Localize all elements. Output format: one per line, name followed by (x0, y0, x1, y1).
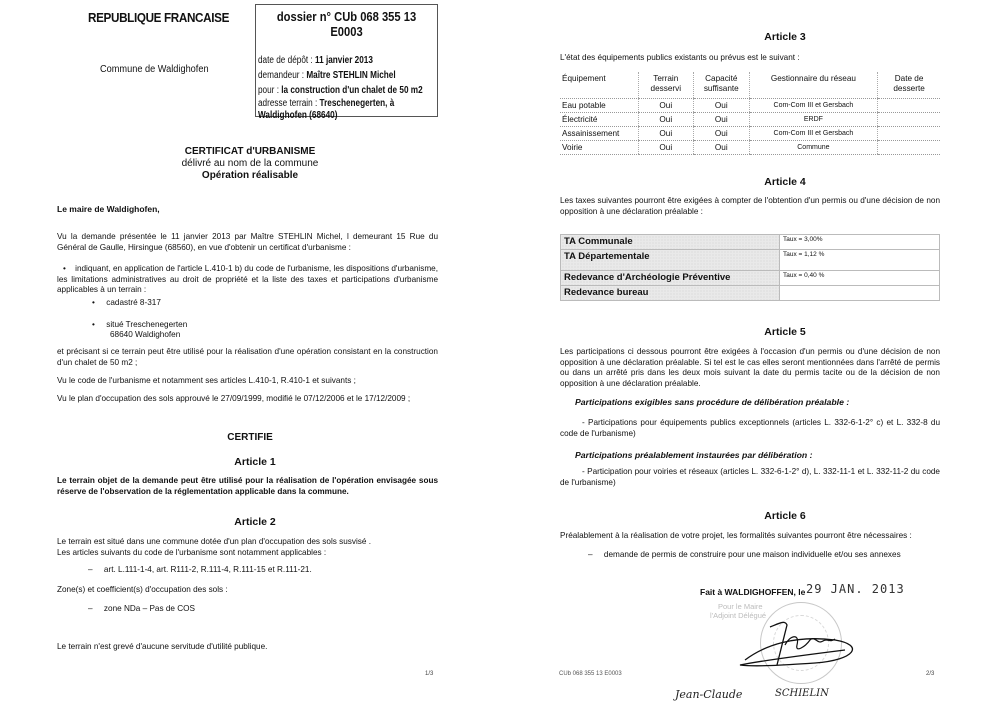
page-number: 1/3 (425, 671, 433, 677)
dossier-box: dossier n° CUb 068 355 13 E0003 date de … (255, 4, 438, 117)
article-2-text: Le terrain est situé dans une commune do… (57, 537, 438, 558)
commune-name: Commune de Waldighofen (100, 64, 209, 75)
fait-a-text: Fait à WALDIGHOFFEN, le (700, 587, 805, 597)
signature-icon (725, 605, 875, 675)
article-4-intro: Les taxes suivantes pourront être exigée… (560, 196, 940, 217)
table-row: Redevance bureau (561, 286, 940, 301)
participations-sans-deliberation-title: Participations exigibles sans procédure … (575, 397, 849, 407)
col-terrain-desservi: Terrain desservi (638, 72, 693, 99)
taxes-table: TA CommunaleTaux = 3,00%TA Départemental… (560, 234, 940, 301)
article-1-text: Le terrain objet de la demande peut être… (57, 476, 438, 497)
vu-code: Vu le code de l'urbanisme et notamment s… (57, 376, 356, 385)
table-row: Eau potableOuiOuiCom-Com III et Gersbach (560, 99, 940, 113)
equipement-cell: Voirie (560, 141, 638, 155)
bullet-icon: • (92, 320, 95, 329)
bullet-icon: • (57, 264, 66, 273)
certificate-title-block: CERTIFICAT d'URBANISME délivré au nom de… (150, 146, 350, 182)
capacite-cell: Oui (693, 99, 749, 113)
col-gestionnaire: Gestionnaire du réseau (749, 72, 878, 99)
capacite-cell: Oui (693, 113, 749, 127)
page-number: 2/3 (926, 671, 934, 677)
gestionnaire-cell: Commune (749, 141, 878, 155)
capacite-cell: Oui (693, 141, 749, 155)
col-equipement: Équipement (560, 72, 638, 99)
participations-deliberation-text: - Participation pour voiries et réseaux … (560, 467, 940, 488)
certificate-status: Opération réalisable (150, 170, 350, 182)
article-3-heading: Article 3 (685, 31, 885, 43)
date-desserte-cell (878, 113, 940, 127)
page-2: Article 3 L'état des équipements publics… (500, 0, 1000, 703)
capacite-cell: Oui (693, 127, 749, 141)
signer-last-name: SCHIELIN (775, 688, 829, 699)
tax-name: Redevance bureau (561, 286, 780, 301)
tax-name: TA Départementale (561, 250, 780, 271)
footer-reference: CUb 068 355 13 E0003 (559, 671, 622, 677)
vu-demande: Vu la demande présentée le 11 janvier 20… (57, 232, 438, 253)
precisant-paragraph: et précisant si ce terrain peut être uti… (57, 347, 438, 368)
article-2-heading: Article 2 (155, 516, 355, 528)
article-6-item: – demande de permis de construire pour u… (588, 550, 901, 559)
republique-header: REPUBLIQUE FRANCAISE (88, 10, 229, 25)
date-desserte-cell (878, 99, 940, 113)
article-6-heading: Article 6 (685, 510, 885, 522)
equipment-table: Équipement Terrain desservi Capacité suf… (560, 72, 940, 155)
article-1-heading: Article 1 (155, 456, 355, 468)
table-row: AssainissementOuiOuiCom-Com III et Gersb… (560, 127, 940, 141)
article-5-intro: Les participations ci dessous pourront ê… (560, 347, 940, 389)
table-row: ÉlectricitéOuiOuiERDF (560, 113, 940, 127)
dossier-field-pour: pour : la construction d'un chalet de 50… (258, 83, 438, 98)
table-row: Redevance d'Archéologie PréventiveTaux =… (561, 271, 940, 286)
article-3-intro: L'état des équipements publics existants… (560, 53, 800, 62)
terrain-desservi-cell: Oui (638, 127, 693, 141)
dossier-field-adresse: adresse terrain : Treschenegerten, à Wal… (258, 98, 434, 122)
equipment-table-header: Équipement Terrain desservi Capacité suf… (560, 72, 940, 99)
servitude-text: Le terrain n'est grevé d'aucune servitud… (57, 642, 267, 651)
certificate-title: CERTIFICAT d'URBANISME (150, 146, 350, 158)
dossier-number: dossier n° CUb 068 355 13 E0003 (269, 9, 425, 39)
signer-first-name: Jean-Claude (675, 688, 742, 701)
terrain-desservi-cell: Oui (638, 99, 693, 113)
zones-list: – zone NDa – Pas de COS (88, 604, 195, 613)
equipement-cell: Assainissement (560, 127, 638, 141)
gestionnaire-cell: Com-Com III et Gersbach (749, 99, 878, 113)
tax-rate: Taux = 0,40 % (780, 271, 940, 286)
tax-rate: Taux = 1,12 % (780, 250, 940, 271)
date-stamp: 29 JAN. 2013 (806, 582, 905, 596)
participations-deliberation-title: Participations préalablement instaurées … (575, 450, 813, 460)
tax-name: Redevance d'Archéologie Préventive (561, 271, 780, 286)
dossier-field-date: date de dépôt : 11 janvier 2013 (258, 53, 438, 68)
terrain-desservi-cell: Oui (638, 141, 693, 155)
col-date-desserte: Date de desserte (878, 72, 940, 99)
tax-rate: Taux = 3,00% (780, 235, 940, 250)
tax-rate (780, 286, 940, 301)
tax-name: TA Communale (561, 235, 780, 250)
dossier-fields: date de dépôt : 11 janvier 2013 demandeu… (258, 53, 438, 122)
article-5-heading: Article 5 (685, 326, 885, 338)
gestionnaire-cell: Com-Com III et Gersbach (749, 127, 878, 141)
equipement-cell: Électricité (560, 113, 638, 127)
indiquant-paragraph: • indiquant, en application de l'article… (57, 264, 438, 296)
bullet-icon: • (92, 298, 95, 307)
gestionnaire-cell: ERDF (749, 113, 878, 127)
terrain-desservi-cell: Oui (638, 113, 693, 127)
table-row: VoirieOuiOuiCommune (560, 141, 940, 155)
situe-item: • situé Treschenegerten 68640 Waldighofe… (92, 320, 187, 340)
certificate-subtitle: délivré au nom de la commune (150, 158, 350, 170)
article-4-heading: Article 4 (685, 176, 885, 188)
date-desserte-cell (878, 141, 940, 155)
article-2-list: – art. L.111-1-4, art. R111-2, R.111-4, … (88, 565, 312, 574)
dossier-field-demandeur: demandeur : Maître STEHLIN Michel (258, 68, 438, 83)
maire-heading: Le maire de Waldighofen, (57, 204, 160, 214)
participations-sans-deliberation-text: - Participations pour équipements public… (560, 418, 940, 439)
table-row: TA DépartementaleTaux = 1,12 % (561, 250, 940, 271)
col-capacite: Capacité suffisante (693, 72, 749, 99)
date-desserte-cell (878, 127, 940, 141)
cadastre-item: • cadastré 8-317 (92, 298, 161, 307)
equipement-cell: Eau potable (560, 99, 638, 113)
article-6-intro: Préalablement à la réalisation de votre … (560, 531, 912, 540)
table-row: TA CommunaleTaux = 3,00% (561, 235, 940, 250)
page-1: REPUBLIQUE FRANCAISE Commune de Waldigho… (0, 0, 500, 703)
zones-label: Zone(s) et coefficient(s) d'occupation d… (57, 585, 228, 594)
certifie-heading: CERTIFIE (150, 432, 350, 443)
vu-plan: Vu le plan d'occupation des sols approuv… (57, 394, 410, 403)
